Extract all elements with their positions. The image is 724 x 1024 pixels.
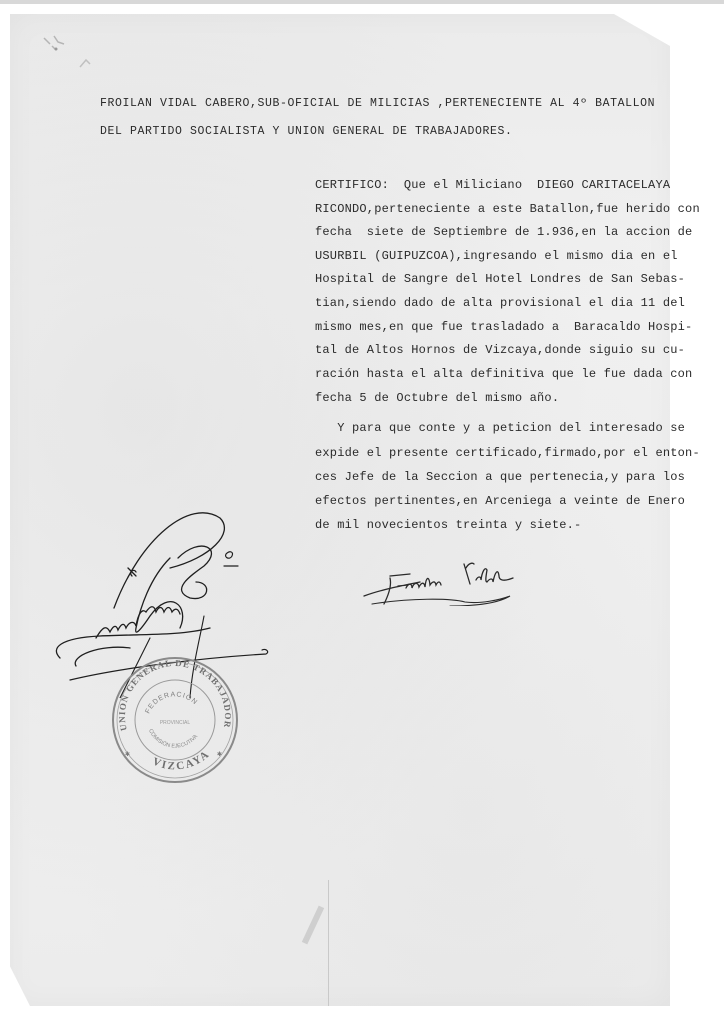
signature-froilan-vidal: Froilan Vidal (360, 556, 560, 606)
header-line: FROILAN VIDAL CABERO,SUB-OFICIAL DE MILI… (100, 97, 655, 110)
header-line: DEL PARTIDO SOCIALISTA Y UNION GENERAL D… (100, 125, 513, 138)
body-line: CERTIFICO: Que el Miliciano DIEGO CARITA… (315, 178, 670, 192)
paper-fold-line (328, 880, 329, 1006)
body-line: USURBIL (GUIPUZCOA),ingresando el mismo … (315, 249, 678, 263)
svg-text:✱: ✱ (125, 750, 130, 759)
body-line: expide el presente certificado,firmado,p… (315, 446, 700, 460)
svg-text:VIZCAYA: VIZCAYA (151, 748, 213, 773)
body-line: fecha 5 de Octubre del mismo año. (315, 391, 559, 405)
svg-text:COMISIÓN EJECUTIVA: COMISIÓN EJECUTIVA (147, 728, 199, 749)
body-line: de mil novecientos treinta y siete.- (315, 518, 581, 532)
body-line: Y para que conte y a peticion del intere… (315, 421, 685, 435)
body-line: ración hasta el alta definitiva que le f… (315, 367, 692, 381)
union-stamp-seal: UNION GENERAL DE TRABAJADORES VIZCAYA FE… (105, 652, 245, 784)
svg-text:PROVINCIAL: PROVINCIAL (160, 720, 191, 726)
body-line: tian,siendo dado de alta provisional el … (315, 296, 685, 310)
body-line: fecha siete de Septiembre de 1.936,en la… (315, 225, 692, 239)
body-line: tal de Altos Hornos de Vizcaya,donde sig… (315, 343, 685, 357)
svg-text:FEDERACIÓN: FEDERACIÓN (144, 691, 198, 715)
body-line: RICONDO,perteneciente a este Batallon,fu… (315, 202, 700, 216)
svg-text:✱: ✱ (217, 750, 222, 759)
scan-top-border (0, 0, 724, 4)
paper-damage-marks (40, 32, 100, 72)
body-line: ces Jefe de la Seccion a que pertenecia,… (315, 470, 685, 484)
body-line: efectos pertinentes,en Arceniega a veint… (315, 494, 685, 508)
body-line: Hospital de Sangre del Hotel Londres de … (315, 272, 685, 286)
body-line: mismo mes,en que fue trasladado a Baraca… (315, 320, 692, 334)
